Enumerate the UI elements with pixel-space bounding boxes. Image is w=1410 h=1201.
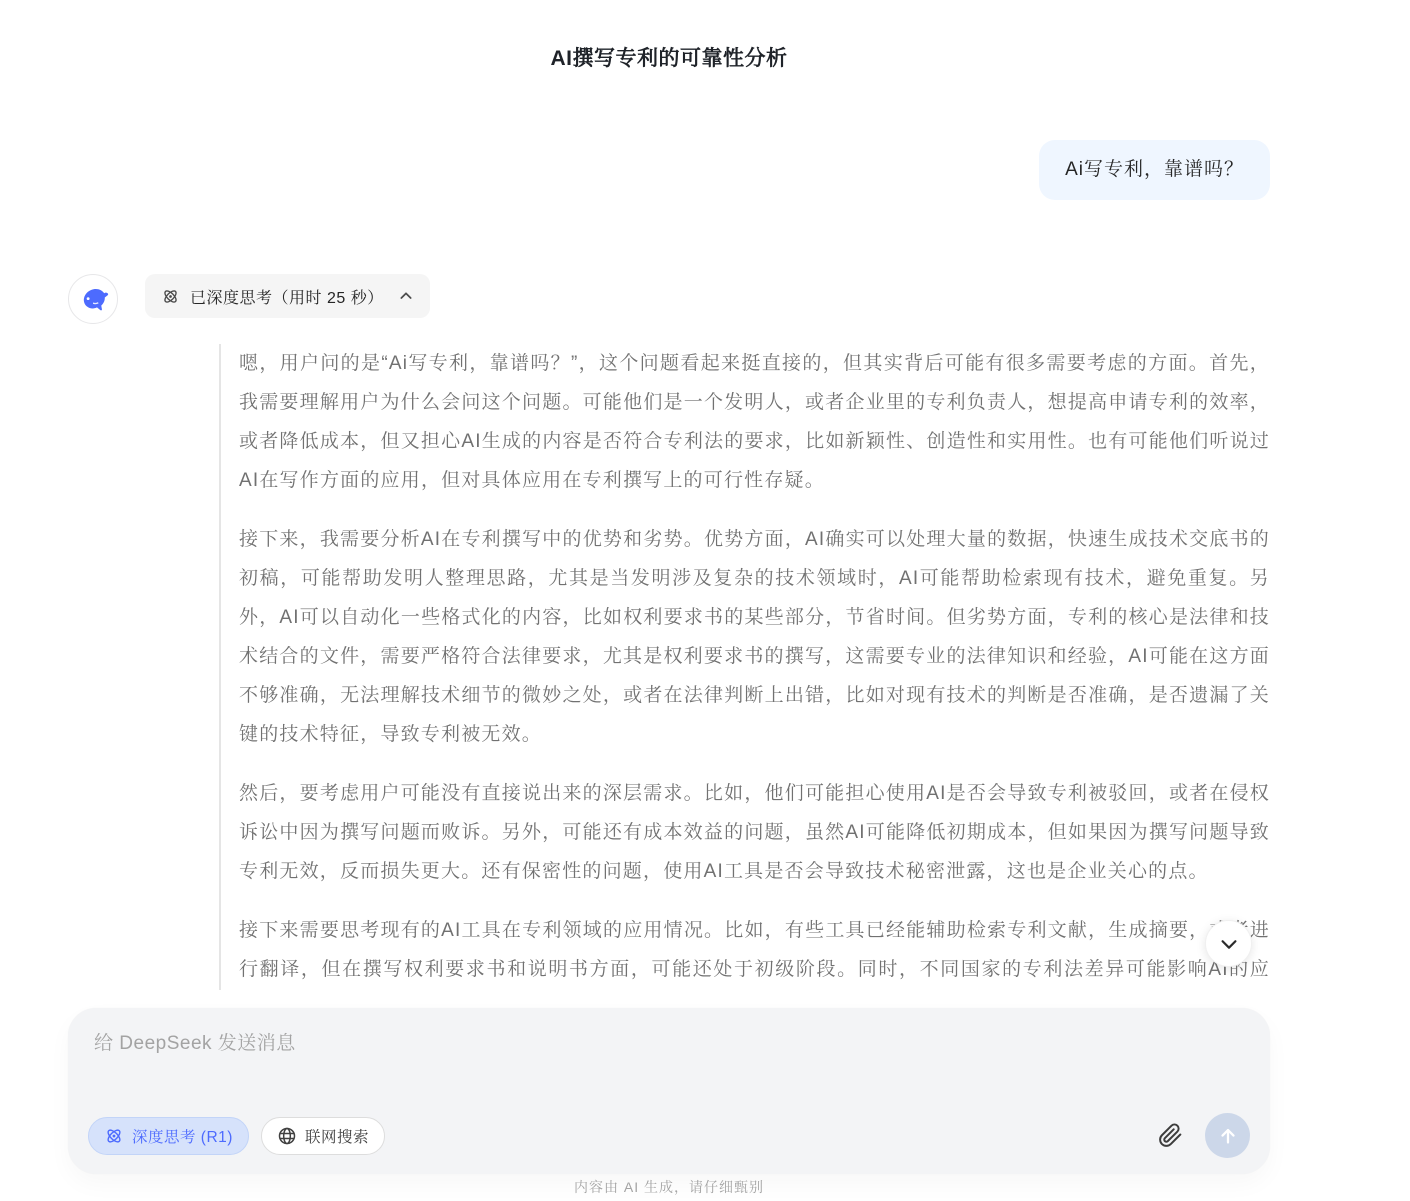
web-search-label: 联网搜索 [305, 1125, 369, 1147]
assistant-message: 已深度思考（用时 25 秒） 嗯，用户问的是“Ai写专利，靠谱吗？”，这个问题看… [68, 274, 1270, 990]
chevron-up-icon [398, 288, 414, 304]
composer-toolbar: 深度思考 (R1) 联网搜索 [88, 1113, 1250, 1158]
ai-disclaimer: 内容由 AI 生成，请仔细甄别 [68, 1177, 1270, 1197]
deepthink-atom-icon [104, 1126, 124, 1146]
thinking-paragraph: 嗯，用户问的是“Ai写专利，靠谱吗？”，这个问题看起来挺直接的，但其实背后可能有… [239, 344, 1270, 500]
thinking-content: 嗯，用户问的是“Ai写专利，靠谱吗？”，这个问题看起来挺直接的，但其实背后可能有… [219, 344, 1270, 990]
web-search-toggle-button[interactable]: 联网搜索 [261, 1117, 385, 1155]
thinking-toggle-button[interactable]: 已深度思考（用时 25 秒） [145, 274, 430, 318]
whale-logo-icon [75, 281, 111, 317]
attach-file-button[interactable] [1153, 1119, 1187, 1153]
send-button[interactable] [1205, 1113, 1250, 1158]
scroll-to-bottom-button[interactable] [1205, 920, 1252, 967]
message-input[interactable] [94, 1028, 1244, 1090]
thinking-toggle-label: 已深度思考（用时 25 秒） [190, 285, 384, 308]
deepseek-avatar [68, 274, 118, 324]
deepthink-atom-icon [161, 287, 180, 306]
chevron-down-icon [1218, 933, 1240, 955]
thinking-paragraph: 接下来，我需要分析AI在专利撰写中的优势和劣势。优势方面，AI确实可以处理大量的… [239, 520, 1270, 754]
arrow-up-icon [1217, 1125, 1239, 1147]
page-title: AI撰写专利的可靠性分析 [68, 0, 1270, 72]
chat-column: AI撰写专利的可靠性分析 Ai写专利，靠谱吗？ 已深度思考（用时 2 [68, 0, 1270, 990]
composer-actions [1153, 1113, 1250, 1158]
assistant-body: 已深度思考（用时 25 秒） 嗯，用户问的是“Ai写专利，靠谱吗？”，这个问题看… [145, 274, 1270, 990]
thinking-paragraph: 然后，要考虑用户可能没有直接说出来的深层需求。比如，他们可能担心使用AI是否会导… [239, 774, 1270, 891]
message-composer: 深度思考 (R1) 联网搜索 [68, 1008, 1270, 1174]
user-message-bubble: Ai写专利，靠谱吗？ [1039, 140, 1270, 200]
thinking-paragraph: 接下来需要思考现有的AI工具在专利领域的应用情况。比如，有些工具已经能辅助检索专… [239, 911, 1270, 990]
paperclip-icon [1158, 1123, 1183, 1148]
globe-icon [277, 1126, 297, 1146]
deep-think-toggle-button[interactable]: 深度思考 (R1) [88, 1117, 249, 1155]
composer-mode-toggles: 深度思考 (R1) 联网搜索 [88, 1117, 385, 1155]
deep-think-label: 深度思考 (R1) [132, 1125, 233, 1147]
user-message-row: Ai写专利，靠谱吗？ [68, 140, 1270, 200]
